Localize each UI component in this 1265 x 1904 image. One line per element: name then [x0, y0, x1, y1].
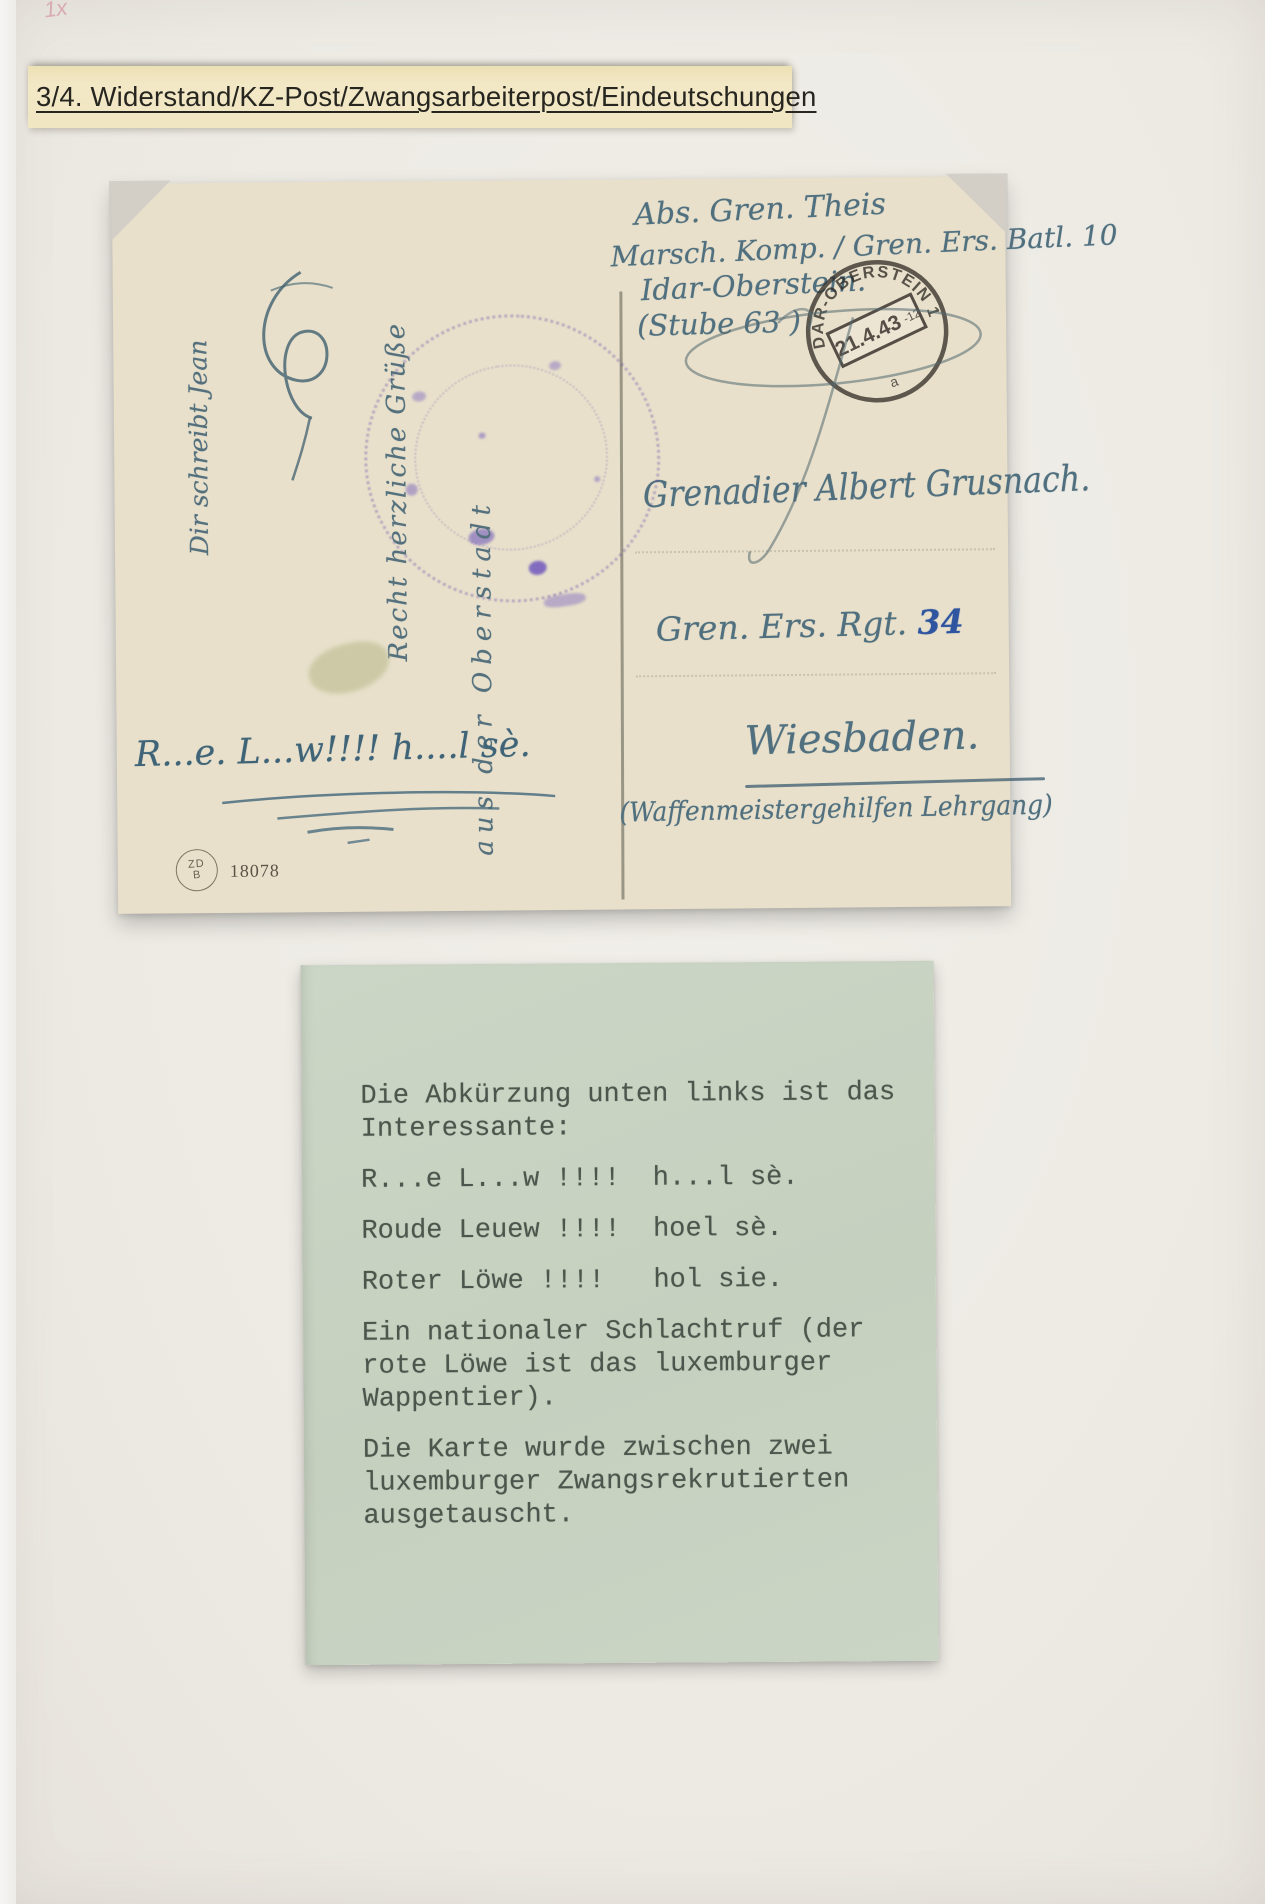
stain	[303, 634, 394, 701]
section-label-text: 3/4. Widerstand/KZ-Post/Zwangsarbeiterpo…	[36, 81, 817, 113]
address-line-3: Wiesbaden.	[744, 712, 980, 764]
address-line-2-text: Gren. Ers. Rgt.	[655, 603, 918, 649]
typed-note-line: R...e L...w !!!! h...l sè.	[361, 1161, 896, 1198]
photo-corner-mount	[109, 180, 172, 243]
typed-note: Die Abkürzung unten links ist das Intere…	[301, 961, 939, 1665]
regiment-number: 34	[917, 602, 964, 642]
typed-note-line: Die Abkürzung unten links ist das	[360, 1077, 895, 1114]
underline-flourish	[207, 786, 578, 853]
scan-edge	[0, 0, 16, 1904]
message-vertical-1: Dir schreibt Jean	[183, 275, 214, 555]
typed-note-line: Ein nationaler Schlachtruf (der	[362, 1314, 897, 1351]
pen-flourish-ellipse	[658, 281, 1001, 584]
typed-note-line: Interessante:	[361, 1110, 896, 1147]
typed-note-line: rote Löwe ist das luxemburger	[362, 1347, 897, 1384]
handwritten-underline	[745, 777, 1045, 787]
address-line-2: Gren. Ers. Rgt. 34	[655, 602, 964, 649]
typed-note-line: ausgetauscht.	[363, 1497, 898, 1534]
typed-note-line: Roter Löwe !!!! hol sie.	[362, 1263, 897, 1300]
postcard: Abs. Gren. Theis Marsch. Komp. / Gren. E…	[112, 176, 1011, 914]
sender-line-1: Abs. Gren. Theis	[633, 187, 886, 233]
message-vertical-2: Recht herzliche Grüße	[380, 231, 414, 661]
address-rule	[636, 672, 996, 677]
address-line-4: (Waffenmeistergehilfen Lehrgang)	[619, 790, 1053, 829]
album-page: 1x 3/4. Widerstand/KZ-Post/Zwangsarbeite…	[0, 0, 1265, 1904]
printer-number: 18078	[230, 860, 280, 881]
printer-mark-logo: ZD B	[174, 848, 219, 893]
typed-note-line: luxemburger Zwangsrekrutierten	[363, 1464, 898, 1501]
typed-note-line: Wappentier).	[362, 1380, 897, 1417]
pencil-mark: 1x	[42, 0, 69, 23]
section-label: 3/4. Widerstand/KZ-Post/Zwangsarbeiterpo…	[28, 66, 792, 128]
typed-note-text: Die Abkürzung unten links ist das Intere…	[360, 1077, 898, 1534]
printer-logo-bottom: B	[193, 870, 202, 882]
typed-note-line: Die Karte wurde zwischen zwei	[363, 1431, 898, 1468]
typed-note-line: Roude Leuew !!!! hoel sè.	[361, 1212, 896, 1249]
message-vertical-3: aus der Oberstadt	[465, 311, 500, 856]
pen-flourish-ornament	[241, 260, 363, 491]
